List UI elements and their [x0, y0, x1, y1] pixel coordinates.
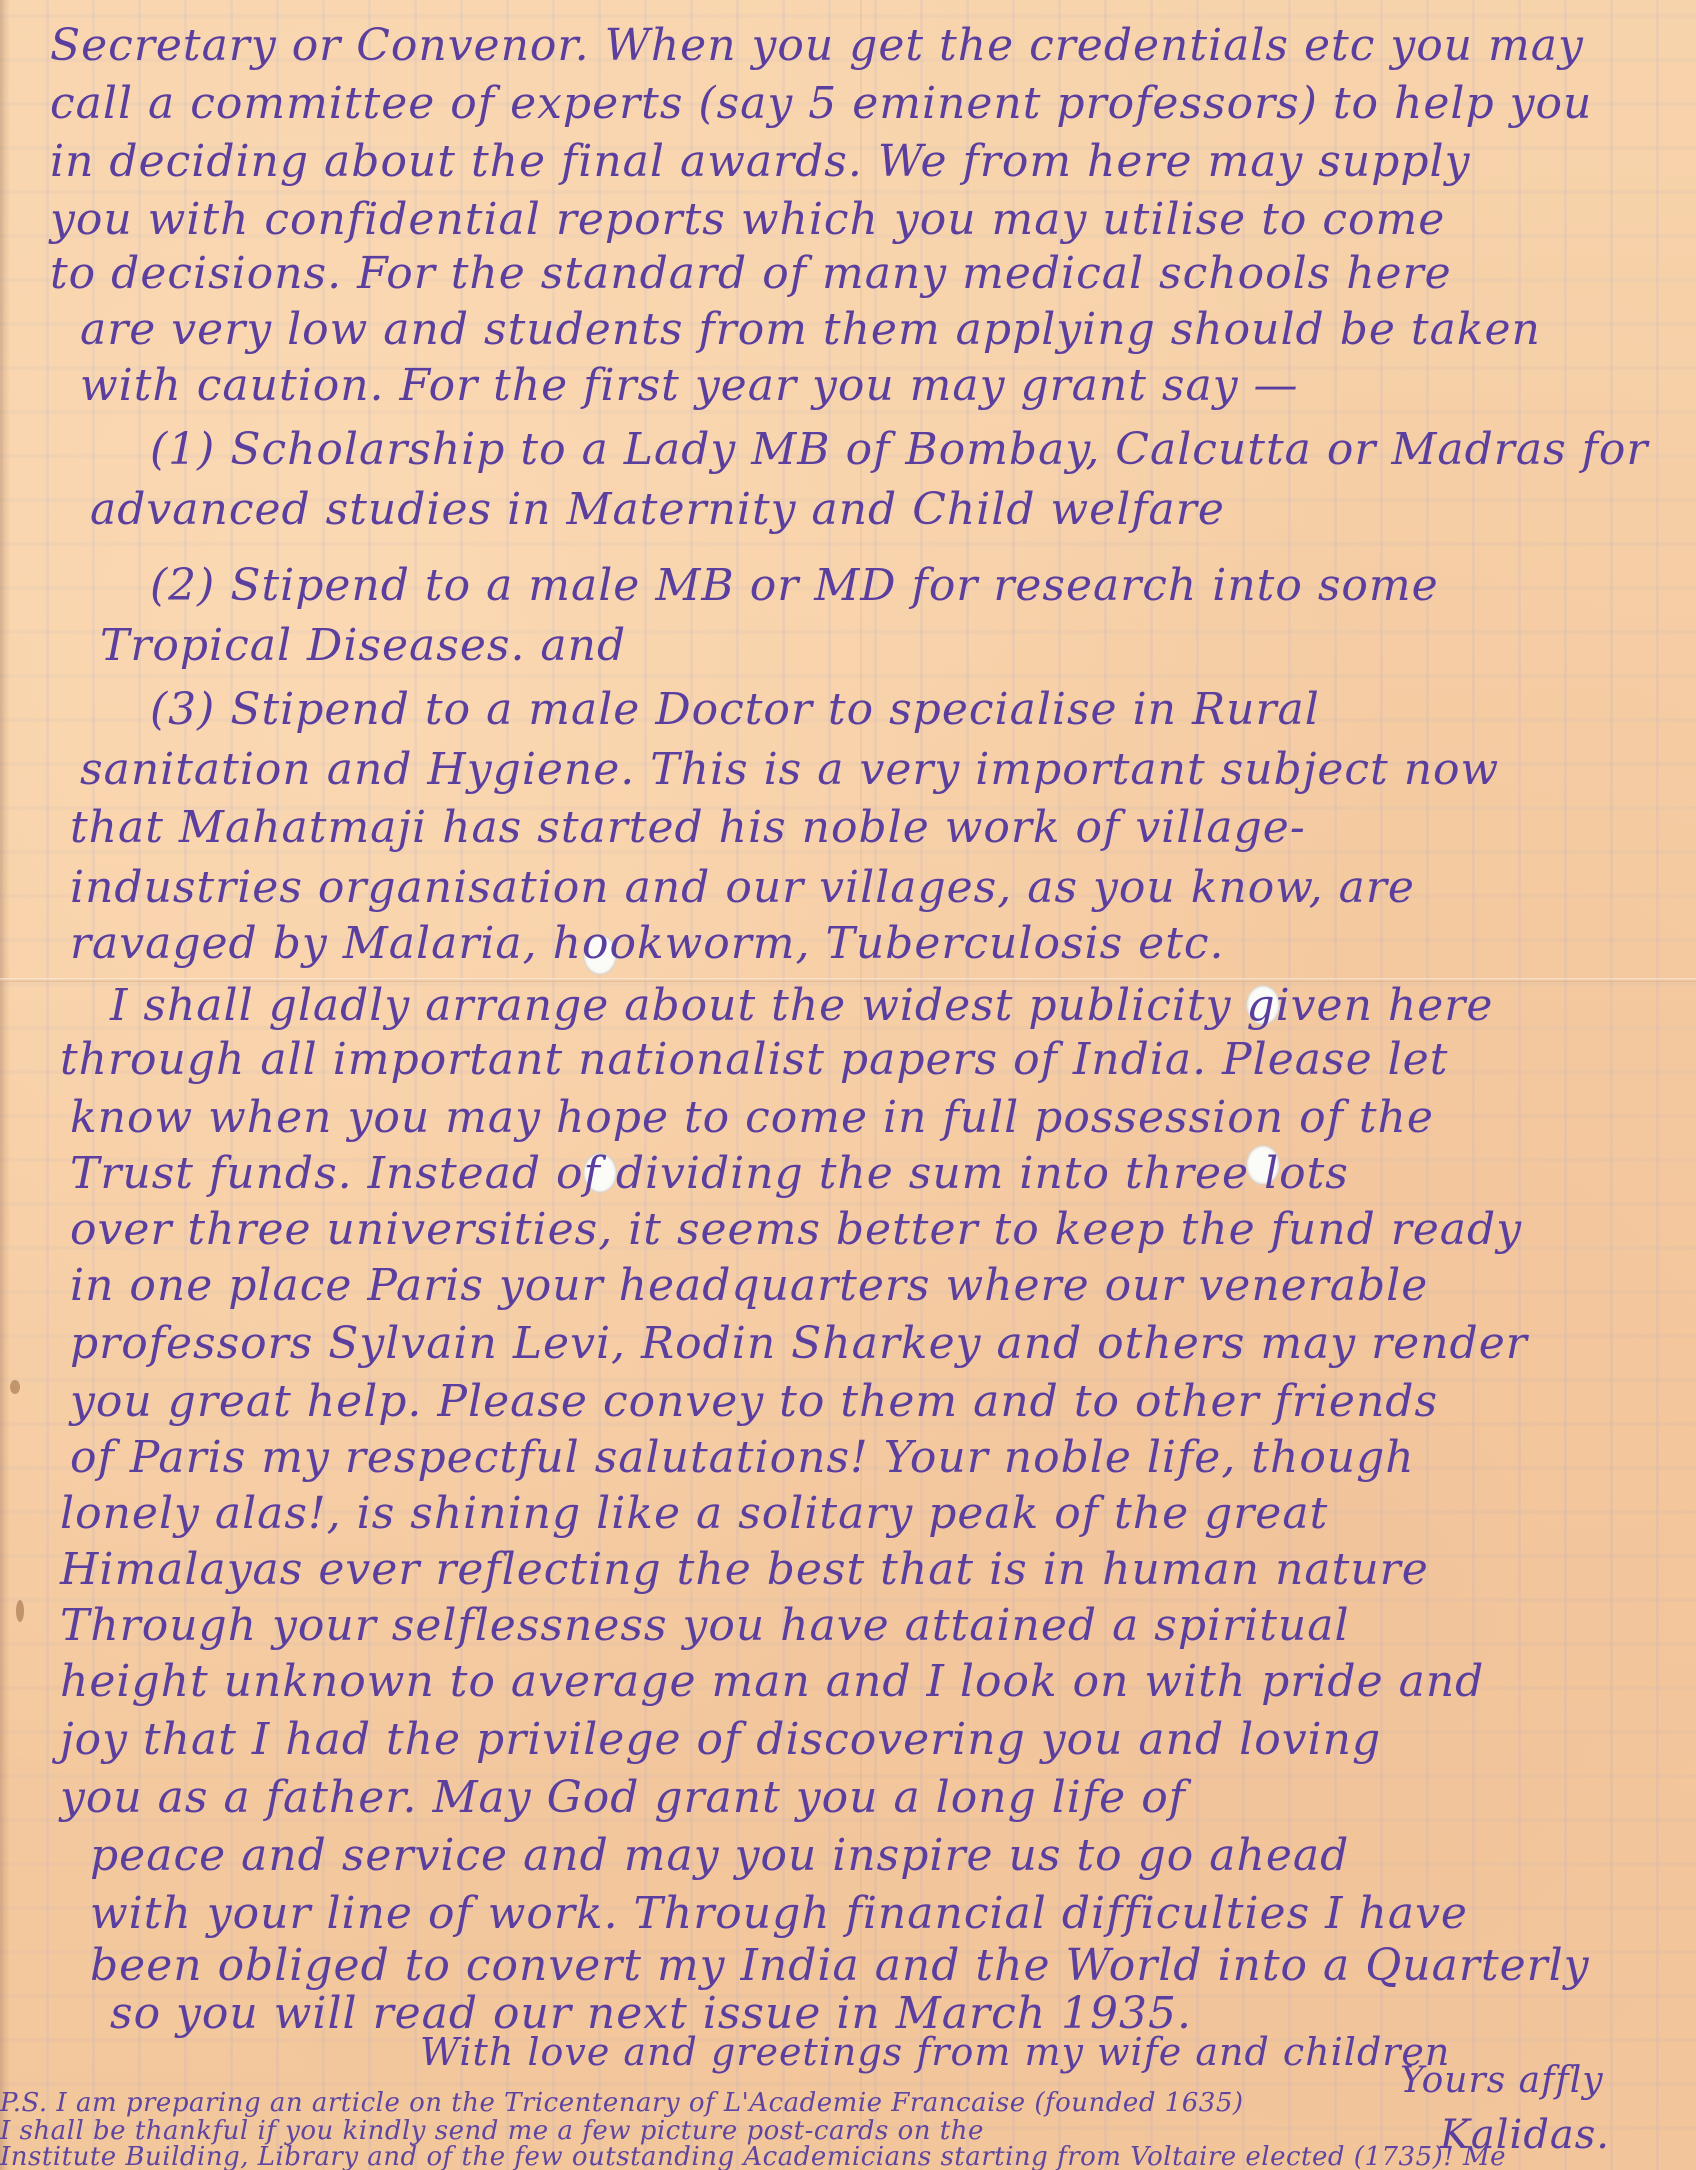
letter-page: Secretary or Convenor. When you get the …: [0, 0, 1696, 2170]
postscript-line: Institute Building, Library and of the f…: [0, 2142, 1506, 2170]
paper-edge-shadow: [0, 0, 10, 2170]
letter-line: call a committee of experts (say 5 emine…: [50, 78, 1592, 129]
letter-line: sanitation and Hygiene. This is a very i…: [80, 744, 1499, 795]
letter-line: advanced studies in Maternity and Child …: [90, 484, 1225, 535]
letter-line: (1) Scholarship to a Lady MB of Bombay, …: [150, 424, 1648, 475]
letter-line: lonely alas!, is shining like a solitary…: [60, 1488, 1328, 1539]
letter-line: I shall gladly arrange about the widest …: [110, 980, 1493, 1031]
letter-line: height unknown to average man and I look…: [60, 1656, 1484, 1707]
letter-line: (3) Stipend to a male Doctor to speciali…: [150, 684, 1320, 735]
letter-line: you as a father. May God grant you a lon…: [60, 1772, 1186, 1823]
postscript-line: P.S. I am preparing an article on the Tr…: [0, 2088, 1244, 2118]
letter-line: (2) Stipend to a male MB or MD for resea…: [150, 560, 1439, 611]
letter-line: ravaged by Malaria, hookworm, Tuberculos…: [70, 918, 1225, 969]
letter-line: you great help. Please convey to them an…: [70, 1376, 1438, 1427]
letter-line: Himalayas ever reflecting the best that …: [60, 1544, 1429, 1595]
letter-line: joy that I had the privilege of discover…: [60, 1714, 1381, 1765]
letter-line: over three universities, it seems better…: [70, 1204, 1522, 1255]
letter-line: Secretary or Convenor. When you get the …: [50, 20, 1584, 71]
letter-line: know when you may hope to come in full p…: [70, 1092, 1434, 1143]
letter-line: peace and service and may you inspire us…: [90, 1830, 1349, 1881]
letter-line: that Mahatmaji has started his noble wor…: [70, 802, 1306, 853]
letter-line: Through your selflessness you have attai…: [60, 1600, 1350, 1651]
letter-line: with caution. For the first year you may…: [80, 360, 1299, 411]
letter-line: Trust funds. Instead of dividing the sum…: [70, 1148, 1349, 1199]
letter-line: Tropical Diseases. and: [100, 620, 626, 671]
valediction: Yours affly: [1400, 2060, 1604, 2101]
closing-line: With love and greetings from my wife and…: [420, 2030, 1450, 2074]
letter-line: you with confidential reports which you …: [50, 194, 1445, 245]
letter-line: are very low and students from them appl…: [80, 304, 1541, 355]
letter-line: industries organisation and our villages…: [70, 862, 1415, 913]
letter-line: in one place Paris your headquarters whe…: [70, 1260, 1428, 1311]
letter-line: in deciding about the final awards. We f…: [50, 136, 1470, 187]
ink-stain: [10, 1380, 20, 1394]
ink-stain: [16, 1600, 24, 1622]
letter-line: with your line of work. Through financia…: [90, 1888, 1468, 1939]
letter-line: professors Sylvain Levi, Rodin Sharkey a…: [70, 1318, 1528, 1369]
letter-line: of Paris my respectful salutations! Your…: [70, 1432, 1415, 1483]
letter-line: to decisions. For the standard of many m…: [50, 248, 1452, 299]
letter-line: through all important nationalist papers…: [60, 1034, 1448, 1085]
letter-line: been obliged to convert my India and the…: [90, 1940, 1590, 1991]
